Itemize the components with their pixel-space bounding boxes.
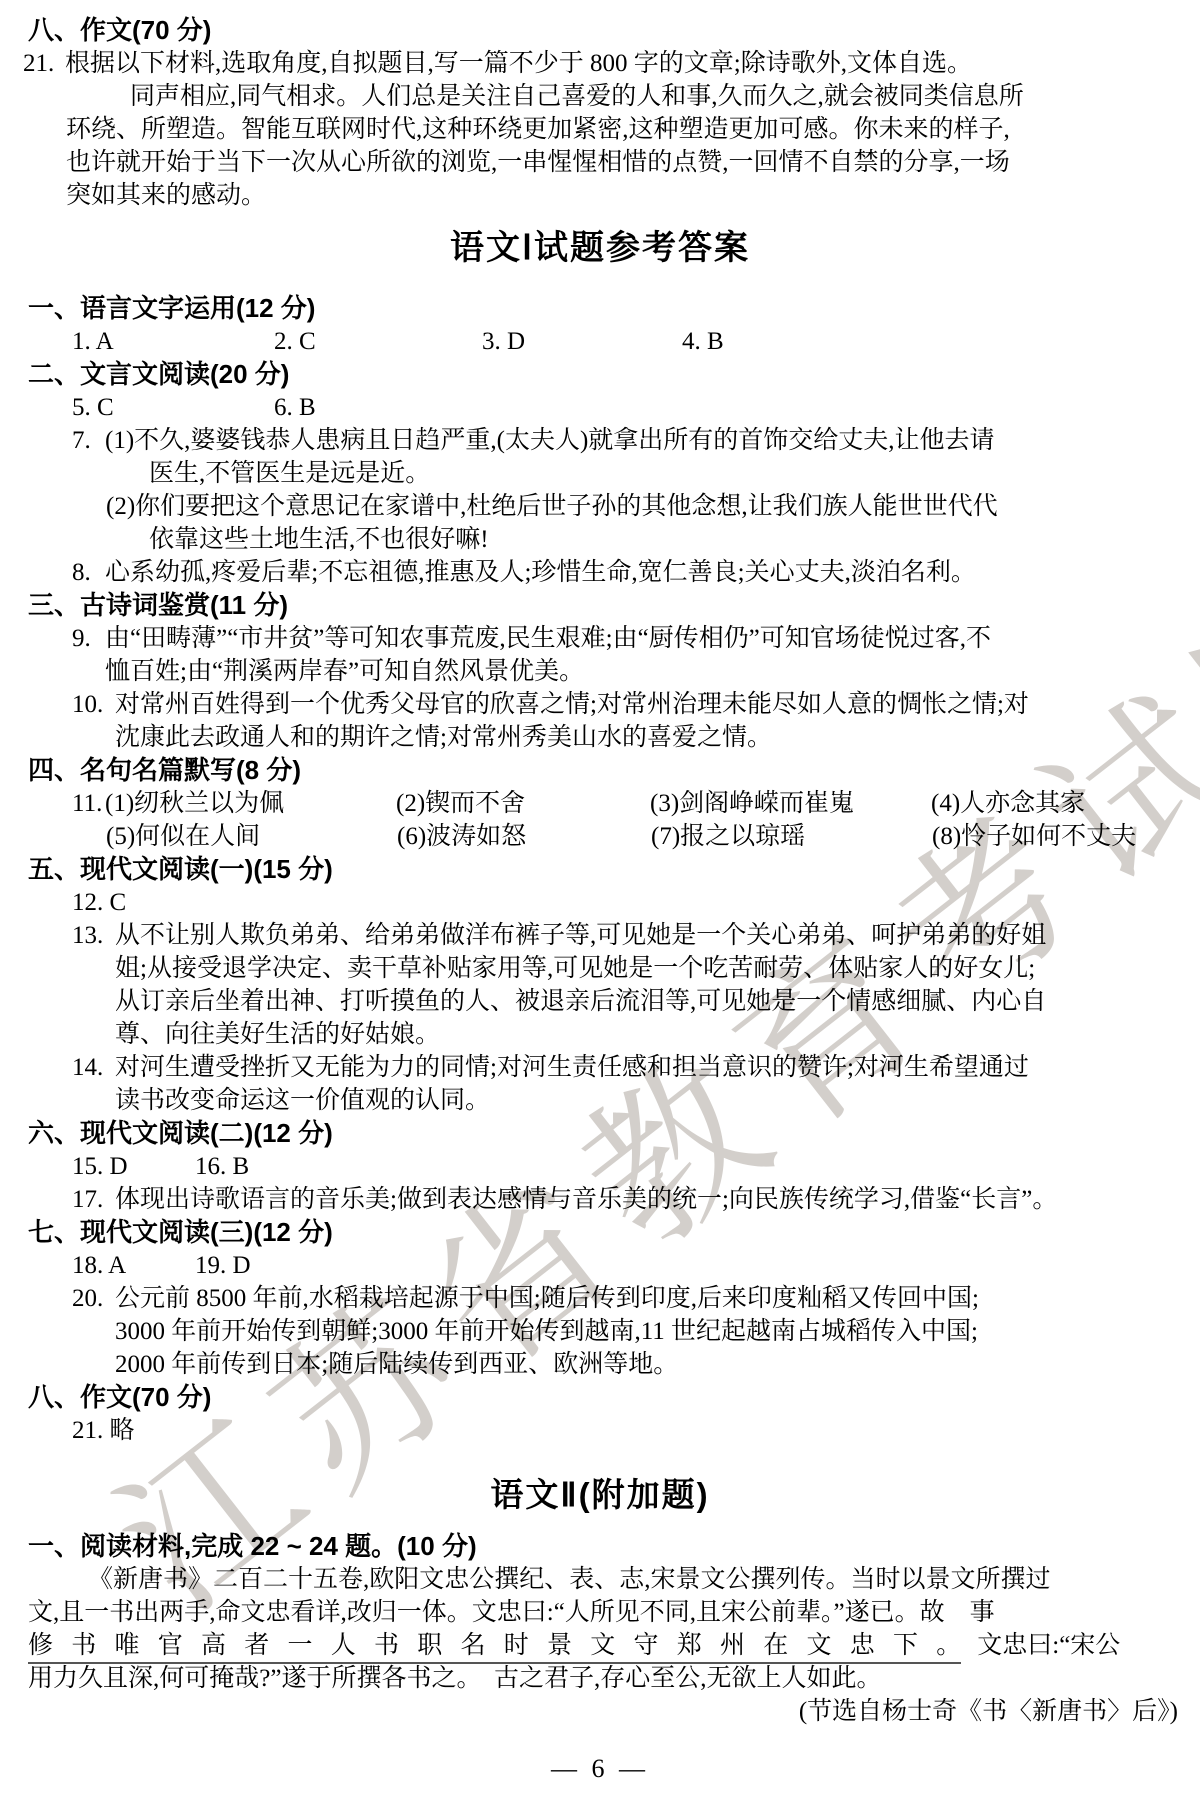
answer-17-number: 17. bbox=[72, 1183, 115, 1216]
answer-7-line-3: (2)你们要把这个意思记在家谱中,杜绝后世子孙的其他念想,让我们族人能世世代代 bbox=[106, 490, 1200, 523]
answers-18-to-19: 18. A19. D bbox=[72, 1249, 1200, 1282]
answer-13-line-2: 姐;从接受退学决定、卖干草补贴家用等,可见她是一个吃苦耐劳、体贴家人的好女儿; bbox=[115, 952, 1200, 985]
answer-9-number: 9. bbox=[72, 622, 105, 655]
answer-3: 3. D bbox=[482, 325, 682, 358]
question-21-number: 21. bbox=[23, 47, 65, 80]
section-5-heading: 五、现代文阅读(一)(15 分) bbox=[28, 853, 1200, 886]
answer-17-line: 17.体现出诗歌语言的音乐美;做到表达感情与音乐美的统一;向民族传统学习,借鉴“… bbox=[72, 1183, 1200, 1216]
paper2-para-line-3-tail: 文忠曰:“宋公 bbox=[977, 1632, 1120, 1659]
answer-11-5: (5)何似在人间 bbox=[106, 820, 397, 853]
section-8-heading-top: 八、作文(70 分) bbox=[28, 14, 1200, 47]
answer-9-line-2: 恤百姓;由“荆溪两岸春”可知自然风景优美。 bbox=[105, 655, 1200, 688]
answers-1-to-4: 1. A2. C3. D4. B bbox=[72, 325, 1200, 358]
answer-9-line-1: 9.由“田畴薄”“市井贫”等可知农事荒废,民生艰难;由“厨传相仍”可知官场徒悦过… bbox=[72, 622, 1200, 655]
exam-answer-page: 八、作文(70 分) 21.根据以下材料,选取角度,自拟题目,写一篇不少于 80… bbox=[0, 0, 1200, 1784]
answer-6: 6. B bbox=[274, 394, 316, 421]
section-2-heading: 二、文言文阅读(20 分) bbox=[28, 358, 1200, 391]
answer-7-line-4: 依靠这些土地生活,不也很好嘛! bbox=[149, 523, 1200, 556]
answer-15: 15. D bbox=[72, 1150, 195, 1183]
answer-11-2: (2)锲而不舍 bbox=[396, 787, 650, 820]
answer-13-line-3: 从订亲后坐着出神、打听摸鱼的人、被退亲后流泪等,可见她是一个情感细腻、内心自 bbox=[115, 985, 1200, 1018]
answer-20-line-2: 3000 年前开始传到朝鲜;3000 年前开始传到越南,11 世纪起越南占城稻传… bbox=[115, 1315, 1200, 1348]
answer-13-number: 13. bbox=[72, 919, 115, 952]
answer-12-line: 12. C bbox=[72, 886, 1200, 919]
question-21-text: 根据以下材料,选取角度,自拟题目,写一篇不少于 800 字的文章;除诗歌外,文体… bbox=[65, 50, 972, 77]
answer-8-line: 8.心系幼孤,疼爱后辈;不忘祖德,推惠及人;珍惜生命,宽仁善良;关心丈夫,淡泊名… bbox=[72, 556, 1200, 589]
answer-10-text-1: 对常州百姓得到一个优秀父母官的欣喜之情;对常州治理未能尽如人意的惆怅之情;对 bbox=[115, 691, 1029, 718]
section-1-heading: 一、语言文字运用(12 分) bbox=[28, 292, 1200, 325]
answer-16: 16. B bbox=[195, 1153, 249, 1180]
answer-7-line-1: 7.(1)不久,婆婆钱恭人患病且日趋严重,(太夫人)就拿出所有的首饰交给丈夫,让… bbox=[72, 424, 1200, 457]
answer-7-part1: (1)不久,婆婆钱恭人患病且日趋严重,(太夫人)就拿出所有的首饰交给丈夫,让他去… bbox=[105, 427, 995, 454]
answer-18: 18. A bbox=[72, 1249, 195, 1282]
answer-20-text-1: 公元前 8500 年前,水稻栽培起源于中国;随后传到印度,后来印度籼稻又传回中国… bbox=[115, 1285, 979, 1312]
answer-20-line-1: 20.公元前 8500 年前,水稻栽培起源于中国;随后传到印度,后来印度籼稻又传… bbox=[72, 1282, 1200, 1315]
answer-11-row-1: 11.(1)纫秋兰以为佩(2)锲而不舍(3)剑阁峥嵘而崔嵬(4)人亦念其家 bbox=[72, 787, 1200, 820]
answer-14-line-2: 读书改变命运这一价值观的认同。 bbox=[115, 1084, 1200, 1117]
answer-9-text-1: 由“田畴薄”“市井贫”等可知农事荒废,民生艰难;由“厨传相仍”可知官场徒悦过客,… bbox=[105, 625, 991, 652]
answer-1: 1. A bbox=[72, 325, 274, 358]
answers-5-to-6: 5. C6. B bbox=[72, 391, 1200, 424]
paper2-para-line-3: 修 书 唯 官 高 者 一 人 书 职 名 时 景 文 守 郑 州 在 文 忠 … bbox=[28, 1629, 1200, 1662]
answer-13-line-1: 13.从不让别人欺负弟弟、给弟弟做洋布裤子等,可见她是一个关心弟弟、呵护弟弟的好… bbox=[72, 919, 1200, 952]
answer-8-text: 心系幼孤,疼爱后辈;不忘祖德,推惠及人;珍惜生命,宽仁善良;关心丈夫,淡泊名利。 bbox=[105, 559, 976, 586]
answers-15-to-16: 15. D16. B bbox=[72, 1150, 1200, 1183]
answer-10-number: 10. bbox=[72, 688, 115, 721]
punctuation-exercise-underlined-text: 修 书 唯 官 高 者 一 人 书 职 名 时 景 文 守 郑 州 在 文 忠 … bbox=[28, 1632, 961, 1664]
section-6-heading: 六、现代文阅读(二)(12 分) bbox=[28, 1117, 1200, 1150]
paper2-title: 语文Ⅱ(附加题) bbox=[0, 1473, 1200, 1516]
answer-11-4: (4)人亦念其家 bbox=[931, 790, 1085, 817]
essay-material-line-2: 环绕、所塑造。智能互联网时代,这种环绕更加紧密,这种塑造更加可感。你未来的样子, bbox=[66, 113, 1200, 146]
answer-19: 19. D bbox=[195, 1252, 251, 1279]
section-3-heading: 三、古诗词鉴赏(11 分) bbox=[28, 589, 1200, 622]
answer-13-line-4: 尊、向往美好生活的好姑娘。 bbox=[115, 1018, 1200, 1051]
question-21-line: 21.根据以下材料,选取角度,自拟题目,写一篇不少于 800 字的文章;除诗歌外… bbox=[23, 47, 1200, 80]
source-attribution: (节选自杨士奇《书〈新唐书〉后》) bbox=[0, 1695, 1178, 1728]
paper2-para-line-2: 文,且一书出两手,命文忠看详,改归一体。文忠曰:“人所见不同,且宋公前辈。”遂已… bbox=[28, 1596, 1200, 1629]
page-number: — 6 — bbox=[0, 1754, 1200, 1784]
section-8-heading: 八、作文(70 分) bbox=[28, 1381, 1200, 1414]
answer-11-row-2: (5)何似在人间(6)波涛如怒(7)报之以琼瑶(8)怜子如何不丈夫 bbox=[106, 820, 1200, 853]
answer-11-7: (7)报之以琼瑶 bbox=[651, 820, 932, 853]
paper2-para-line-4: 用力久且深,何可掩哉?”遂于所撰各书之。 古之君子,存心至公,无欲上人如此。 bbox=[28, 1662, 1200, 1695]
paper1-title: 语文Ⅰ试题参考答案 bbox=[0, 226, 1200, 270]
answer-10-line-2: 沈康此去政通人和的期许之情;对常州秀美山水的喜爱之情。 bbox=[115, 721, 1200, 754]
answer-2: 2. C bbox=[274, 325, 482, 358]
answer-20-number: 20. bbox=[72, 1282, 115, 1315]
answer-11-number: 11. bbox=[72, 787, 105, 820]
essay-material-line-3: 也许就开始于当下一次从心所欲的浏览,一串惺惺相惜的点赞,一回情不自禁的分享,一场 bbox=[66, 146, 1200, 179]
answer-4: 4. B bbox=[682, 328, 724, 355]
answer-11-6: (6)波涛如怒 bbox=[397, 820, 651, 853]
paper2-para-line-1: 《新唐书》二百二十五卷,欧阳文忠公撰纪、表、志,宋景文公撰列传。当时以景文所撰过 bbox=[88, 1563, 1200, 1596]
section-7-heading: 七、现代文阅读(三)(12 分) bbox=[28, 1216, 1200, 1249]
answer-20-line-3: 2000 年前传到日本;随后陆续传到西亚、欧洲等地。 bbox=[115, 1348, 1200, 1381]
essay-material-line-4: 突如其来的感动。 bbox=[66, 179, 1200, 212]
paper2-section-1-heading: 一、阅读材料,完成 22 ~ 24 题。(10 分) bbox=[28, 1530, 1200, 1563]
answer-8-number: 8. bbox=[72, 556, 105, 589]
answer-21-line: 21. 略 bbox=[72, 1414, 1200, 1447]
essay-material-line-1: 同声相应,同气相求。人们总是关注自己喜爱的人和事,久而久之,就会被同类信息所 bbox=[130, 80, 1200, 113]
answer-11-3: (3)剑阁峥嵘而崔嵬 bbox=[650, 787, 931, 820]
answer-7-line-2: 医生,不管医生是远是近。 bbox=[149, 457, 1200, 490]
section-4-heading: 四、名句名篇默写(8 分) bbox=[28, 754, 1200, 787]
answer-10-line-1: 10.对常州百姓得到一个优秀父母官的欣喜之情;对常州治理未能尽如人意的惆怅之情;… bbox=[72, 688, 1200, 721]
answer-11-1: (1)纫秋兰以为佩 bbox=[105, 787, 396, 820]
answer-17-text: 体现出诗歌语言的音乐美;做到表达感情与音乐美的统一;向民族传统学习,借鉴“长言”… bbox=[115, 1186, 1057, 1213]
answer-7-number: 7. bbox=[72, 424, 105, 457]
answer-14-text-1: 对河生遭受挫折又无能为力的同情;对河生责任感和担当意识的赞许;对河生希望通过 bbox=[115, 1054, 1029, 1081]
answer-11-8: (8)怜子如何不丈夫 bbox=[932, 823, 1136, 850]
answer-13-text-1: 从不让别人欺负弟弟、给弟弟做洋布裤子等,可见她是一个关心弟弟、呵护弟弟的好姐 bbox=[115, 922, 1046, 949]
answer-14-line-1: 14.对河生遭受挫折又无能为力的同情;对河生责任感和担当意识的赞许;对河生希望通… bbox=[72, 1051, 1200, 1084]
answer-14-number: 14. bbox=[72, 1051, 115, 1084]
answer-5: 5. C bbox=[72, 391, 274, 424]
